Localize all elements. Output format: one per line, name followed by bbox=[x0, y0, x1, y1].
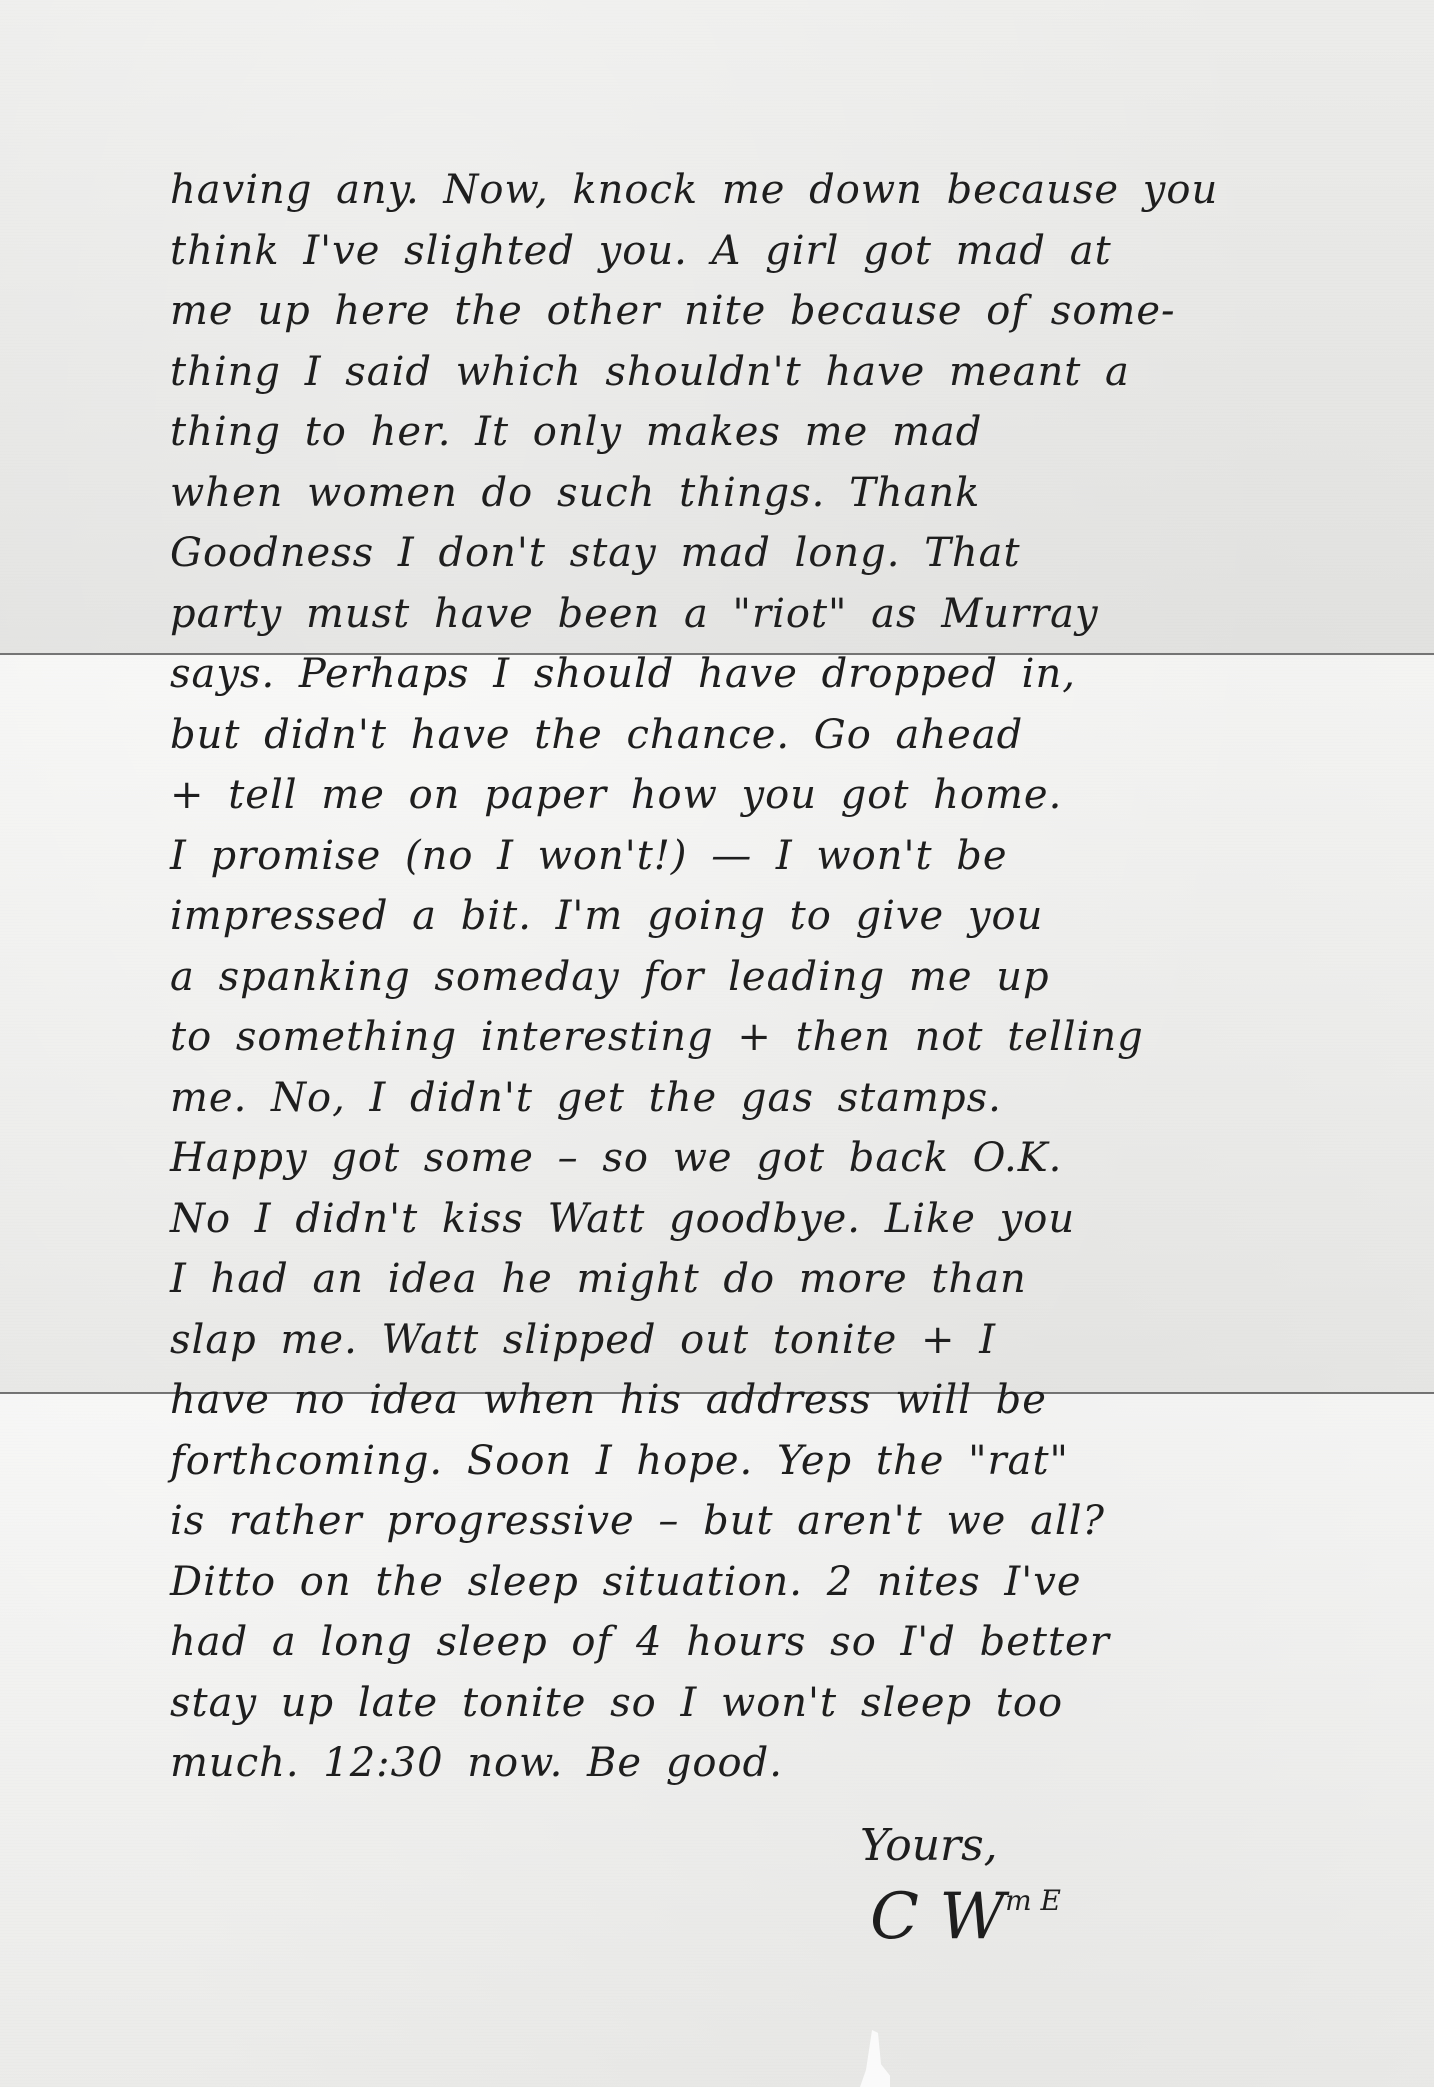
letter-line: I promise (no I won't!) — I won't be bbox=[170, 826, 1330, 887]
letter-line: forthcoming. Soon I hope. Yep the "rat" bbox=[170, 1431, 1330, 1492]
signature: C Wm E bbox=[870, 1880, 1061, 1954]
letter-line: thing to her. It only makes me mad bbox=[170, 402, 1330, 463]
signature-initial: C bbox=[870, 1880, 919, 1954]
letter-line: but didn't have the chance. Go ahead bbox=[170, 705, 1330, 766]
letter-line: Goodness I don't stay mad long. That bbox=[170, 523, 1330, 584]
letter-line: is rather progressive – but aren't we al… bbox=[170, 1491, 1330, 1552]
signature-main: W bbox=[939, 1880, 1005, 1954]
letter-line: Ditto on the sleep situation. 2 nites I'… bbox=[170, 1552, 1330, 1613]
letter-line: stay up late tonite so I won't sleep too bbox=[170, 1673, 1330, 1734]
letter-closing: Yours, bbox=[860, 1820, 998, 1871]
letter-line: have no idea when his address will be bbox=[170, 1370, 1330, 1431]
letter-line: me. No, I didn't get the gas stamps. bbox=[170, 1068, 1330, 1129]
letter-line: Happy got some – so we got back O.K. bbox=[170, 1128, 1330, 1189]
letter-line: had a long sleep of 4 hours so I'd bette… bbox=[170, 1612, 1330, 1673]
letter-line: thing I said which shouldn't have meant … bbox=[170, 342, 1330, 403]
letter-line: to something interesting + then not tell… bbox=[170, 1007, 1330, 1068]
letter-line: + tell me on paper how you got home. bbox=[170, 765, 1330, 826]
letter-line: impressed a bit. I'm going to give you bbox=[170, 886, 1330, 947]
letter-line: party must have been a "riot" as Murray bbox=[170, 584, 1330, 645]
letter-line: having any. Now, knock me down because y… bbox=[170, 160, 1330, 221]
letter-line: says. Perhaps I should have dropped in, bbox=[170, 644, 1330, 705]
letter-line: much. 12:30 now. Be good. bbox=[170, 1733, 1330, 1794]
letter-line: me up here the other nite because of som… bbox=[170, 281, 1330, 342]
letter-line: No I didn't kiss Watt goodbye. Like you bbox=[170, 1189, 1330, 1250]
letter-line: I had an idea he might do more than bbox=[170, 1249, 1330, 1310]
letter-line: think I've slighted you. A girl got mad … bbox=[170, 221, 1330, 282]
letter-body: having any. Now, knock me down because y… bbox=[170, 160, 1330, 1794]
letter-line: slap me. Watt slipped out tonite + I bbox=[170, 1310, 1330, 1371]
letter-paper: having any. Now, knock me down because y… bbox=[0, 0, 1434, 2087]
signature-superscript: m E bbox=[1005, 1884, 1061, 1917]
letter-line: when women do such things. Thank bbox=[170, 463, 1330, 524]
letter-line: a spanking someday for leading me up bbox=[170, 947, 1330, 1008]
